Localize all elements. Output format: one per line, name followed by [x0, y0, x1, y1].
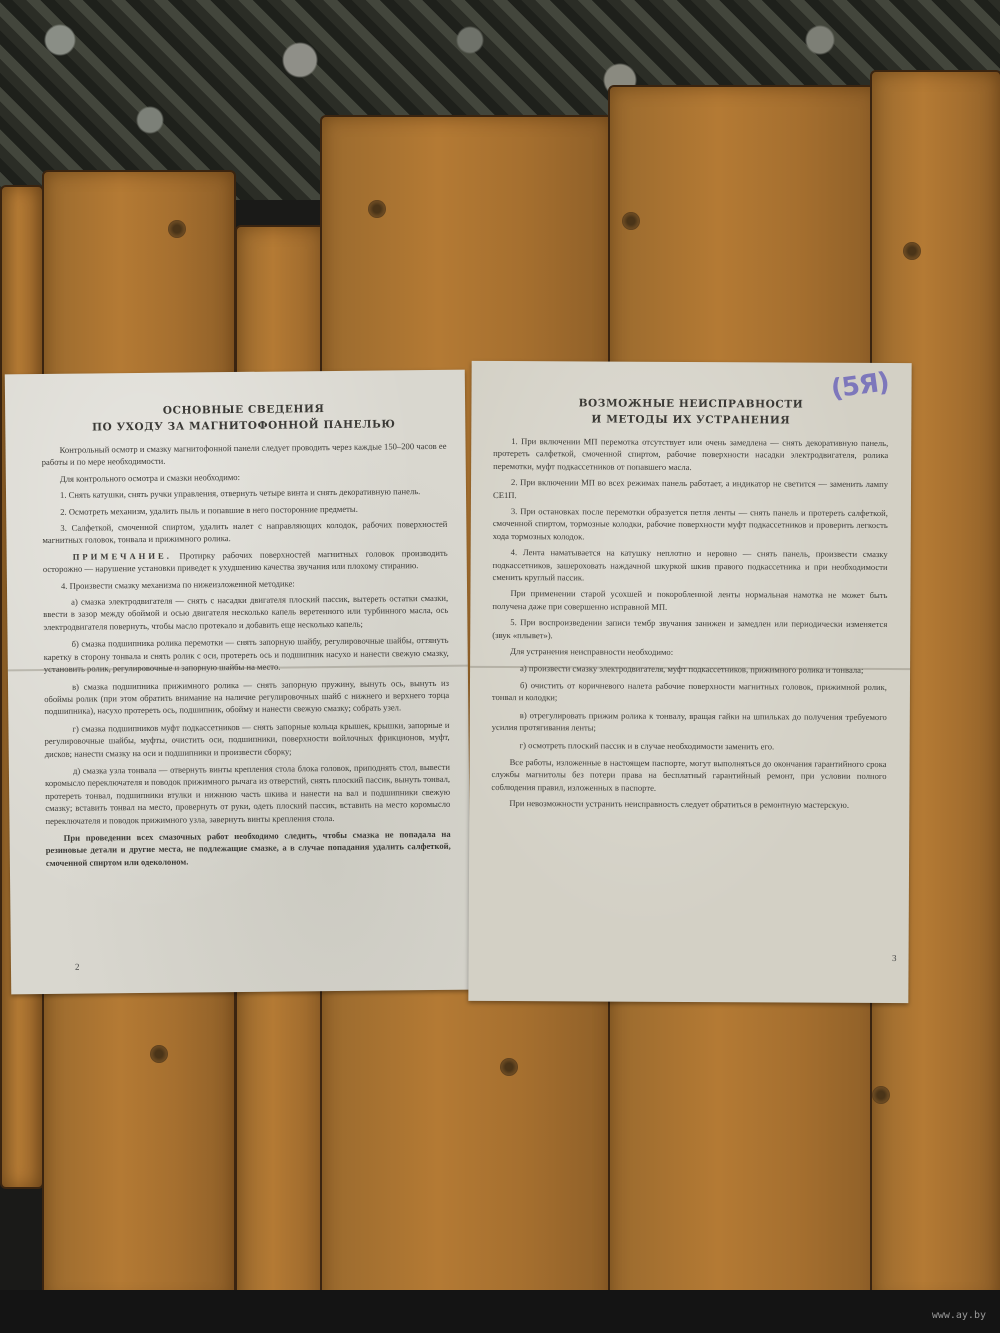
floor-shadow — [0, 1290, 1000, 1333]
watermark: www.ay.by — [932, 1310, 986, 1321]
tape-warning: При применении старой усохшей и покоробл… — [492, 587, 887, 614]
troubleshooting-section: ВОЗМОЖНЫЕ НЕИСПРАВНОСТИ И МЕТОДЫ ИХ УСТР… — [491, 395, 888, 816]
lead-paragraph: Для контрольного осмотра и смазки необхо… — [42, 469, 447, 486]
fix-b: б) очистить от коричневого налета рабочи… — [492, 679, 887, 706]
screw — [903, 242, 921, 260]
fix-v: в) отрегулировать прижим ролика к тонвал… — [492, 709, 887, 736]
fix-a: а) произвести смазку электродвигателя, м… — [492, 661, 887, 675]
fault-2: 2. При включении МП во всех режимах пане… — [493, 476, 888, 503]
screw — [168, 220, 186, 238]
step-1: 1. Снять катушки, снять ручки управления… — [42, 485, 447, 502]
screw — [150, 1045, 168, 1063]
page-number: 3 — [892, 953, 897, 963]
section-title: ВОЗМОЖНЫЕ НЕИСПРАВНОСТИ И МЕТОДЫ ИХ УСТР… — [493, 395, 888, 429]
substep-a: а) смазка электродвигателя — снять с нас… — [43, 592, 448, 633]
substep-d: д) смазка узла тонвала — отвернуть винты… — [45, 761, 451, 827]
booklet-page-left: ОСНОВНЫЕ СВЕДЕНИЯ ПО УХОДУ ЗА МАГНИТОФОН… — [5, 370, 471, 995]
warranty-paragraph: Все работы, изложенные в настоящем паспо… — [491, 756, 886, 795]
maintenance-section: ОСНОВНЫЕ СВЕДЕНИЯ ПО УХОДУ ЗА МАГНИТОФОН… — [41, 400, 451, 873]
note-label: ПРИМЕЧАНИЕ. — [73, 551, 172, 562]
page-number: 2 — [75, 962, 80, 972]
substep-b: б) смазка подшипника ролика перемотки — … — [44, 634, 449, 675]
title-line-2: ПО УХОДУ ЗА МАГНИТОФОННОЙ ПАНЕЛЬЮ — [41, 416, 446, 436]
step-4: 4. Произвести смазку механизма по нижеиз… — [43, 575, 448, 592]
booklet-page-right: (5Я) ВОЗМОЖНЫЕ НЕИСПРАВНОСТИ И МЕТОДЫ ИХ… — [468, 361, 911, 1003]
screw — [622, 212, 640, 230]
fix-g: г) осмотреть плоский пассик и в случае н… — [492, 738, 887, 752]
screw — [500, 1058, 518, 1076]
screw — [368, 200, 386, 218]
step-3: 3. Салфеткой, смоченной спиртом, удалить… — [42, 518, 447, 547]
fault-3: 3. При остановках после перемотки образу… — [493, 505, 888, 544]
fix-lead: Для устранения неисправности необходимо: — [492, 645, 887, 659]
fault-1: 1. При включении МП перемотка отсутствуе… — [493, 435, 888, 474]
repair-paragraph: При невозможности устранить неисправност… — [491, 797, 886, 811]
substep-g: г) смазка подшипников муфт подкассетнико… — [44, 719, 449, 760]
closing-paragraph: При проведении всех смазочных работ необ… — [46, 828, 451, 869]
substep-v: в) смазка подшипника прижимного ролика —… — [44, 676, 449, 717]
intro-paragraph: Контрольный осмотр и смазку магнитофонно… — [41, 440, 446, 469]
fault-5: 5. При воспроизведении записи тембр звуч… — [492, 616, 887, 643]
screw — [872, 1086, 890, 1104]
fault-4: 4. Лента наматывается на катушку неплотн… — [493, 546, 888, 585]
note-paragraph: ПРИМЕЧАНИЕ. Протирку рабочих поверхносте… — [43, 547, 448, 576]
title-line-2: И МЕТОДЫ ИХ УСТРАНЕНИЯ — [493, 411, 888, 429]
section-title: ОСНОВНЫЕ СВЕДЕНИЯ ПО УХОДУ ЗА МАГНИТОФОН… — [41, 400, 446, 436]
step-2: 2. Осмотреть механизм, удалить пыль и по… — [42, 501, 447, 518]
